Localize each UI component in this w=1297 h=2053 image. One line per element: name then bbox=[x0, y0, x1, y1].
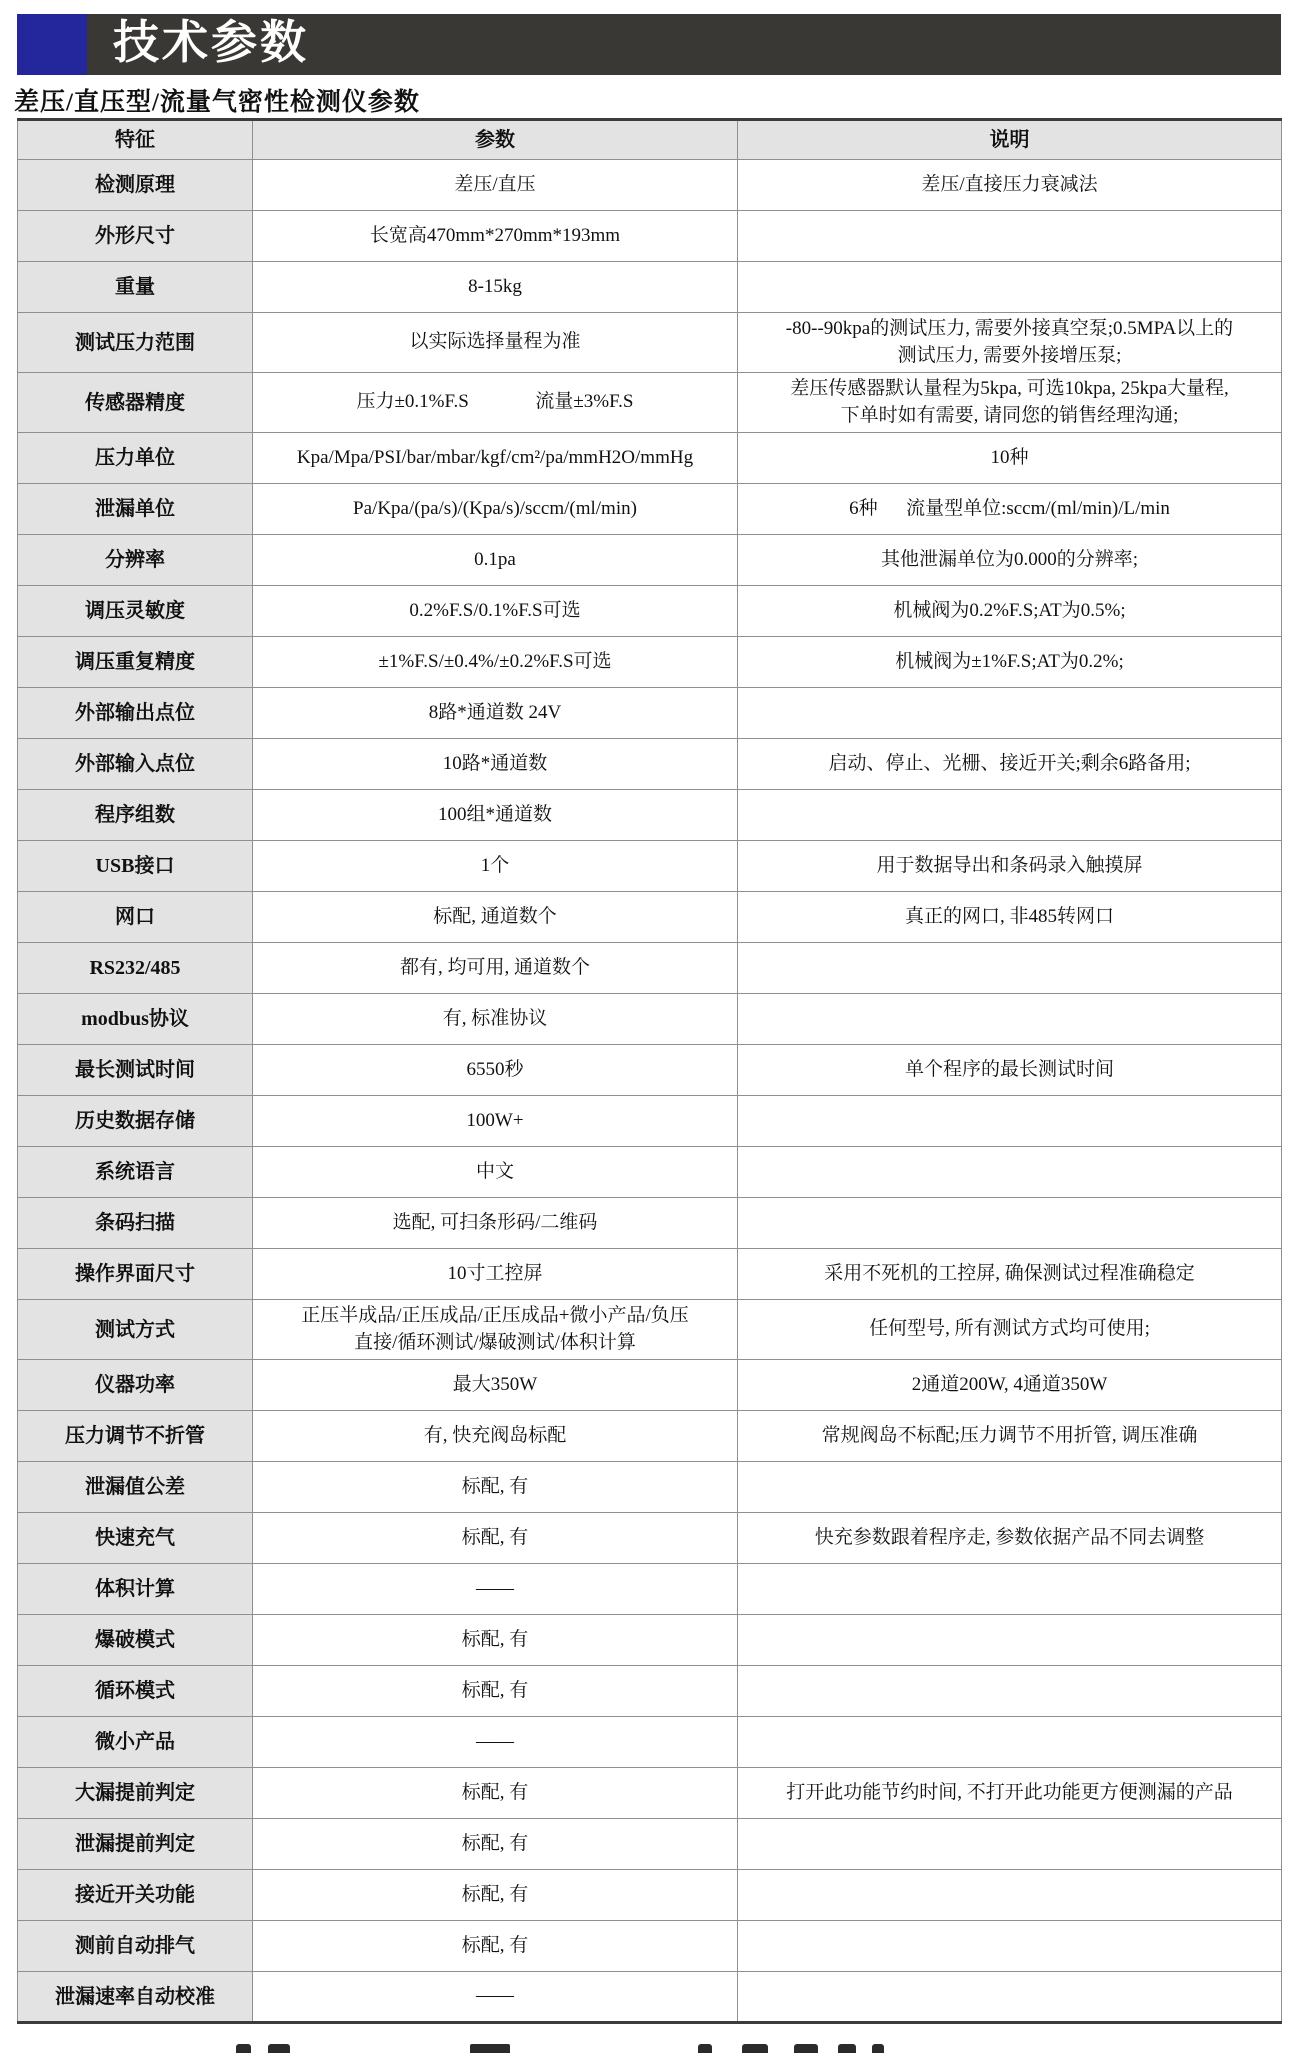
feature-cell: 调压灵敏度 bbox=[18, 586, 253, 637]
param-cell: 标配, 有 bbox=[253, 1870, 738, 1921]
param-cell: ±1%F.S/±0.4%/±0.2%F.S可选 bbox=[253, 637, 738, 688]
param-cell: 以实际选择量程为准 bbox=[253, 313, 738, 373]
param-cell: Pa/Kpa/(pa/s)/(Kpa/s)/sccm/(ml/min) bbox=[253, 484, 738, 535]
note-cell: -80--90kpa的测试压力, 需要外接真空泵;0.5MPA以上的 测试压力,… bbox=[738, 313, 1282, 373]
feature-cell: 微小产品 bbox=[18, 1717, 253, 1768]
table-row: 网口标配, 通道数个真正的网口, 非485转网口 bbox=[18, 892, 1282, 943]
feature-cell: 外形尺寸 bbox=[18, 211, 253, 262]
letter-fragment bbox=[236, 2044, 251, 2053]
note-cell bbox=[738, 262, 1282, 313]
param-cell: 标配, 有 bbox=[253, 1768, 738, 1819]
note-cell: 机械阀为0.2%F.S;AT为0.5%; bbox=[738, 586, 1282, 637]
feature-cell: 体积计算 bbox=[18, 1564, 253, 1615]
table-row: 泄漏值公差标配, 有 bbox=[18, 1462, 1282, 1513]
page-title: 技术参数 bbox=[113, 20, 309, 70]
note-cell bbox=[738, 1198, 1282, 1249]
param-cell: 标配, 有 bbox=[253, 1513, 738, 1564]
table-row: 重量8-15kg bbox=[18, 262, 1282, 313]
feature-cell: 快速充气 bbox=[18, 1513, 253, 1564]
header-feature: 特征 bbox=[18, 120, 253, 160]
param-cell: 有, 快充阀岛标配 bbox=[253, 1411, 738, 1462]
note-cell: 常规阀岛不标配;压力调节不用折管, 调压准确 bbox=[738, 1411, 1282, 1462]
param-cell: 0.2%F.S/0.1%F.S可选 bbox=[253, 586, 738, 637]
table-row: 泄漏提前判定标配, 有 bbox=[18, 1819, 1282, 1870]
note-cell: 采用不死机的工控屏, 确保测试过程准确稳定 bbox=[738, 1249, 1282, 1300]
note-cell: 机械阀为±1%F.S;AT为0.2%; bbox=[738, 637, 1282, 688]
note-cell: 6种 流量型单位:sccm/(ml/min)/L/min bbox=[738, 484, 1282, 535]
note-cell: 用于数据导出和条码录入触摸屏 bbox=[738, 841, 1282, 892]
feature-cell: 接近开关功能 bbox=[18, 1870, 253, 1921]
param-cell: 10路*通道数 bbox=[253, 739, 738, 790]
table-row: 外部输出点位8路*通道数 24V bbox=[18, 688, 1282, 739]
table-row: 历史数据存储100W+ bbox=[18, 1096, 1282, 1147]
feature-cell: 泄漏提前判定 bbox=[18, 1819, 253, 1870]
param-cell: 标配, 有 bbox=[253, 1462, 738, 1513]
note-cell: 10种 bbox=[738, 433, 1282, 484]
note-cell: 2通道200W, 4通道350W bbox=[738, 1360, 1282, 1411]
feature-cell: 压力单位 bbox=[18, 433, 253, 484]
param-cell: 8路*通道数 24V bbox=[253, 688, 738, 739]
note-cell bbox=[738, 1666, 1282, 1717]
note-cell bbox=[738, 790, 1282, 841]
note-cell: 真正的网口, 非485转网口 bbox=[738, 892, 1282, 943]
table-row: 仪器功率最大350W2通道200W, 4通道350W bbox=[18, 1360, 1282, 1411]
param-cell: 100W+ bbox=[253, 1096, 738, 1147]
param-cell: 100组*通道数 bbox=[253, 790, 738, 841]
feature-cell: RS232/485 bbox=[18, 943, 253, 994]
table-subtitle: 差压/直压型/流量气密性检测仪参数 bbox=[14, 82, 420, 118]
param-cell: 标配, 有 bbox=[253, 1666, 738, 1717]
letter-fragment bbox=[698, 2044, 712, 2053]
table-row: 测前自动排气标配, 有 bbox=[18, 1921, 1282, 1972]
feature-cell: 外部输出点位 bbox=[18, 688, 253, 739]
table-row: 检测原理差压/直压差压/直接压力衰减法 bbox=[18, 160, 1282, 211]
table-row: 分辨率0.1pa其他泄漏单位为0.000的分辨率; bbox=[18, 535, 1282, 586]
note-cell bbox=[738, 1096, 1282, 1147]
param-cell: 差压/直压 bbox=[253, 160, 738, 211]
table-row: 最长测试时间6550秒单个程序的最长测试时间 bbox=[18, 1045, 1282, 1096]
accent-blue-block bbox=[17, 14, 87, 75]
feature-cell: 网口 bbox=[18, 892, 253, 943]
param-cell: 都有, 均可用, 通道数个 bbox=[253, 943, 738, 994]
letter-fragment bbox=[268, 2044, 290, 2053]
table-row: 接近开关功能标配, 有 bbox=[18, 1870, 1282, 1921]
feature-cell: 压力调节不折管 bbox=[18, 1411, 253, 1462]
note-cell bbox=[738, 1564, 1282, 1615]
table-row: USB接口1个用于数据导出和条码录入触摸屏 bbox=[18, 841, 1282, 892]
note-cell bbox=[738, 1147, 1282, 1198]
feature-cell: 测前自动排气 bbox=[18, 1921, 253, 1972]
table-row: 程序组数100组*通道数 bbox=[18, 790, 1282, 841]
feature-cell: 条码扫描 bbox=[18, 1198, 253, 1249]
spec-table: 特征 参数 说明 检测原理差压/直压差压/直接压力衰减法外形尺寸长宽高470mm… bbox=[17, 118, 1282, 2024]
table-row: 条码扫描选配, 可扫条形码/二维码 bbox=[18, 1198, 1282, 1249]
param-cell: 中文 bbox=[253, 1147, 738, 1198]
table-row: 压力调节不折管有, 快充阀岛标配常规阀岛不标配;压力调节不用折管, 调压准确 bbox=[18, 1411, 1282, 1462]
feature-cell: 爆破模式 bbox=[18, 1615, 253, 1666]
note-cell: 快充参数跟着程序走, 参数依据产品不同去调整 bbox=[738, 1513, 1282, 1564]
feature-cell: 泄漏单位 bbox=[18, 484, 253, 535]
feature-cell: 系统语言 bbox=[18, 1147, 253, 1198]
table-row: 传感器精度压力±0.1%F.S 流量±3%F.S差压传感器默认量程为5kpa, … bbox=[18, 373, 1282, 433]
feature-cell: USB接口 bbox=[18, 841, 253, 892]
param-cell: 有, 标准协议 bbox=[253, 994, 738, 1045]
note-cell bbox=[738, 1921, 1282, 1972]
param-cell: 最大350W bbox=[253, 1360, 738, 1411]
param-cell: —— bbox=[253, 1717, 738, 1768]
feature-cell: 操作界面尺寸 bbox=[18, 1249, 253, 1300]
feature-cell: 泄漏值公差 bbox=[18, 1462, 253, 1513]
feature-cell: modbus协议 bbox=[18, 994, 253, 1045]
feature-cell: 测试方式 bbox=[18, 1300, 253, 1360]
table-row: 外部输入点位10路*通道数启动、停止、光栅、接近开关;剩余6路备用; bbox=[18, 739, 1282, 790]
note-cell bbox=[738, 1462, 1282, 1513]
header-note: 说明 bbox=[738, 120, 1282, 160]
table-row: 压力单位Kpa/Mpa/PSI/bar/mbar/kgf/cm²/pa/mmH2… bbox=[18, 433, 1282, 484]
feature-cell: 分辨率 bbox=[18, 535, 253, 586]
table-row: RS232/485都有, 均可用, 通道数个 bbox=[18, 943, 1282, 994]
param-cell: —— bbox=[253, 1972, 738, 2023]
letter-fragment bbox=[872, 2044, 884, 2053]
note-cell: 差压/直接压力衰减法 bbox=[738, 160, 1282, 211]
letter-fragment bbox=[742, 2044, 768, 2053]
note-cell: 单个程序的最长测试时间 bbox=[738, 1045, 1282, 1096]
feature-cell: 历史数据存储 bbox=[18, 1096, 253, 1147]
table-row: 微小产品—— bbox=[18, 1717, 1282, 1768]
param-cell: 标配, 有 bbox=[253, 1921, 738, 1972]
header-param: 参数 bbox=[253, 120, 738, 160]
feature-cell: 重量 bbox=[18, 262, 253, 313]
letter-fragment bbox=[838, 2044, 856, 2053]
note-cell: 差压传感器默认量程为5kpa, 可选10kpa, 25kpa大量程, 下单时如有… bbox=[738, 373, 1282, 433]
table-row: 调压灵敏度0.2%F.S/0.1%F.S可选机械阀为0.2%F.S;AT为0.5… bbox=[18, 586, 1282, 637]
table-row: 快速充气标配, 有快充参数跟着程序走, 参数依据产品不同去调整 bbox=[18, 1513, 1282, 1564]
table-row: 测试压力范围以实际选择量程为准-80--90kpa的测试压力, 需要外接真空泵;… bbox=[18, 313, 1282, 373]
table-row: 操作界面尺寸10寸工控屏采用不死机的工控屏, 确保测试过程准确稳定 bbox=[18, 1249, 1282, 1300]
note-cell bbox=[738, 1972, 1282, 2023]
feature-cell: 泄漏速率自动校准 bbox=[18, 1972, 253, 2023]
feature-cell: 循环模式 bbox=[18, 1666, 253, 1717]
param-cell: 1个 bbox=[253, 841, 738, 892]
title-bar: 技术参数 bbox=[17, 14, 1281, 75]
note-cell bbox=[738, 211, 1282, 262]
note-cell bbox=[738, 1870, 1282, 1921]
note-cell bbox=[738, 688, 1282, 739]
feature-cell: 调压重复精度 bbox=[18, 637, 253, 688]
feature-cell: 程序组数 bbox=[18, 790, 253, 841]
letter-fragment bbox=[794, 2044, 818, 2053]
note-cell: 其他泄漏单位为0.000的分辨率; bbox=[738, 535, 1282, 586]
table-row: 爆破模式标配, 有 bbox=[18, 1615, 1282, 1666]
param-cell: 标配, 有 bbox=[253, 1615, 738, 1666]
header-row: 特征 参数 说明 bbox=[18, 120, 1282, 160]
note-cell bbox=[738, 1615, 1282, 1666]
note-cell: 任何型号, 所有测试方式均可使用; bbox=[738, 1300, 1282, 1360]
param-cell: Kpa/Mpa/PSI/bar/mbar/kgf/cm²/pa/mmH2O/mm… bbox=[253, 433, 738, 484]
table-row: 体积计算—— bbox=[18, 1564, 1282, 1615]
table-row: 循环模式标配, 有 bbox=[18, 1666, 1282, 1717]
table-row: 大漏提前判定标配, 有打开此功能节约时间, 不打开此功能更方便测漏的产品 bbox=[18, 1768, 1282, 1819]
param-cell: 选配, 可扫条形码/二维码 bbox=[253, 1198, 738, 1249]
param-cell: 压力±0.1%F.S 流量±3%F.S bbox=[253, 373, 738, 433]
param-cell: 长宽高470mm*270mm*193mm bbox=[253, 211, 738, 262]
note-cell bbox=[738, 943, 1282, 994]
table-row: 泄漏单位Pa/Kpa/(pa/s)/(Kpa/s)/sccm/(ml/min)6… bbox=[18, 484, 1282, 535]
param-cell: 10寸工控屏 bbox=[253, 1249, 738, 1300]
feature-cell: 外部输入点位 bbox=[18, 739, 253, 790]
feature-cell: 检测原理 bbox=[18, 160, 253, 211]
param-cell: 标配, 有 bbox=[253, 1819, 738, 1870]
note-cell: 启动、停止、光栅、接近开关;剩余6路备用; bbox=[738, 739, 1282, 790]
table-row: modbus协议有, 标准协议 bbox=[18, 994, 1282, 1045]
note-cell bbox=[738, 1819, 1282, 1870]
feature-cell: 传感器精度 bbox=[18, 373, 253, 433]
param-cell: —— bbox=[253, 1564, 738, 1615]
feature-cell: 测试压力范围 bbox=[18, 313, 253, 373]
letter-fragment bbox=[470, 2044, 510, 2053]
spec-table-body: 检测原理差压/直压差压/直接压力衰减法外形尺寸长宽高470mm*270mm*19… bbox=[18, 160, 1282, 2023]
note-cell bbox=[738, 994, 1282, 1045]
table-row: 泄漏速率自动校准—— bbox=[18, 1972, 1282, 2023]
cutoff-logo-fragments bbox=[0, 2042, 1297, 2053]
table-row: 外形尺寸长宽高470mm*270mm*193mm bbox=[18, 211, 1282, 262]
table-row: 测试方式正压半成品/正压成品/正压成品+微小产品/负压 直接/循环测试/爆破测试… bbox=[18, 1300, 1282, 1360]
feature-cell: 仪器功率 bbox=[18, 1360, 253, 1411]
note-cell bbox=[738, 1717, 1282, 1768]
table-row: 系统语言中文 bbox=[18, 1147, 1282, 1198]
param-cell: 正压半成品/正压成品/正压成品+微小产品/负压 直接/循环测试/爆破测试/体积计… bbox=[253, 1300, 738, 1360]
feature-cell: 大漏提前判定 bbox=[18, 1768, 253, 1819]
note-cell: 打开此功能节约时间, 不打开此功能更方便测漏的产品 bbox=[738, 1768, 1282, 1819]
param-cell: 6550秒 bbox=[253, 1045, 738, 1096]
param-cell: 标配, 通道数个 bbox=[253, 892, 738, 943]
spec-table-head: 特征 参数 说明 bbox=[18, 120, 1282, 160]
param-cell: 8-15kg bbox=[253, 262, 738, 313]
table-row: 调压重复精度±1%F.S/±0.4%/±0.2%F.S可选机械阀为±1%F.S;… bbox=[18, 637, 1282, 688]
param-cell: 0.1pa bbox=[253, 535, 738, 586]
feature-cell: 最长测试时间 bbox=[18, 1045, 253, 1096]
